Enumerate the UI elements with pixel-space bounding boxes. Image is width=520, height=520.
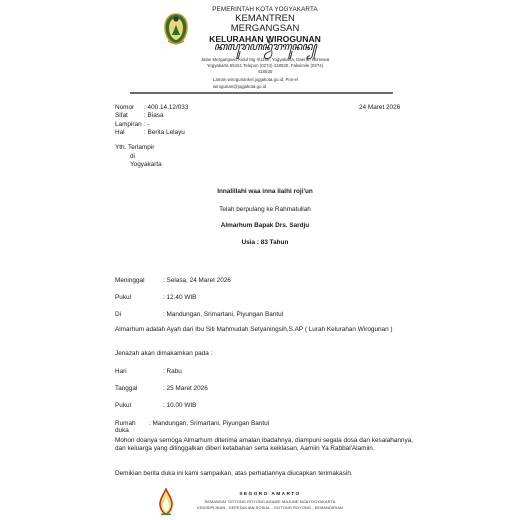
letter-date: 24 Maret 2026	[359, 104, 400, 111]
meta-row-hal: Hal : Berita Lelayu	[115, 129, 188, 137]
footer-motto-title: SEGORO AMARTO	[180, 492, 360, 497]
detail-row-meninggal: Meninggal : Selasa, 24 Maret 2026	[115, 277, 231, 284]
recipient-name: Terlampir	[128, 144, 154, 151]
footer-values-line: KEDISIPLINAN - KEPEDULIAN SOSIAL - GOTON…	[180, 505, 360, 510]
closing-paragraph: Demikian berita duka ini kami sampaikan,…	[115, 470, 413, 478]
letterhead-address: Jalan Mergangsan Kidul Mg II/1168, Yogya…	[180, 57, 350, 75]
burial-row-hari: Hari : Rabu	[115, 368, 182, 375]
footer-motto-line: SEMANGAT GOTONG ROYONG AGAWE MAJUNE NGAY…	[180, 499, 360, 504]
meta-row-lampiran: Lampiran : -	[115, 121, 188, 129]
email-line: wirogunan@jogjakota.go.id	[213, 84, 343, 91]
address-line: 418530	[180, 69, 350, 75]
recipient-block: Yth. Terlampir di Yogyakarta	[115, 144, 162, 170]
salutation: Yth.	[115, 144, 126, 151]
meta-row-nomor: Nomor : 400.14.12/033	[115, 104, 188, 112]
detail-row-pukul: Pukul : 12.40 WIB	[115, 294, 196, 301]
recipient-di: di	[115, 153, 162, 162]
burial-intro: Jenazah akan dimakamkan pada :	[115, 350, 413, 358]
prayer-paragraph: Mohon doanya semoga Almarhum diterima am…	[115, 437, 413, 454]
burial-row-tanggal: Tanggal : 25 Maret 2026	[115, 385, 208, 392]
meta-row-sifat: Sifat : Biasa	[115, 112, 188, 120]
relation-paragraph: Almarhum adalah Ayah dari Ibu Siti Mahmu…	[115, 326, 413, 334]
letter-page: PEMERINTAH KOTA YOGYAKARTA KEMANTREN MER…	[0, 0, 520, 520]
recipient-city: Yogyakarta	[115, 161, 162, 170]
letterhead-contact: Laman wirogunankel.jogjakota.go.id; Pos-…	[213, 77, 343, 90]
kemantren-name: KEMANTREN MERGANGSAN	[200, 14, 330, 34]
deceased-name: Almarhum Bapak Drs. Sardju	[130, 222, 400, 229]
city-emblem-icon	[164, 13, 188, 45]
announcement-prayer: Innalillahi waa inna ilaihi roji'un	[130, 188, 400, 195]
burial-row-rumah-duka: Rumah duka : Mandungan, Srimartani, Piyu…	[115, 420, 269, 434]
letterhead-divider	[130, 92, 393, 94]
detail-row-lokasi: Di : Mandungan, Srimartani, Piyungan Ban…	[115, 311, 283, 318]
segoro-amarto-logo-icon	[158, 488, 174, 516]
deceased-age: Usia : 83 Tahun	[130, 239, 400, 246]
burial-row-pukul: Pukul : 10.00 WIB	[115, 402, 196, 409]
letter-meta: Nomor : 400.14.12/033 Sifat : Biasa Lamp…	[115, 104, 188, 138]
announcement-passed: Telah berpulang ke Rahmatullah	[130, 206, 400, 213]
